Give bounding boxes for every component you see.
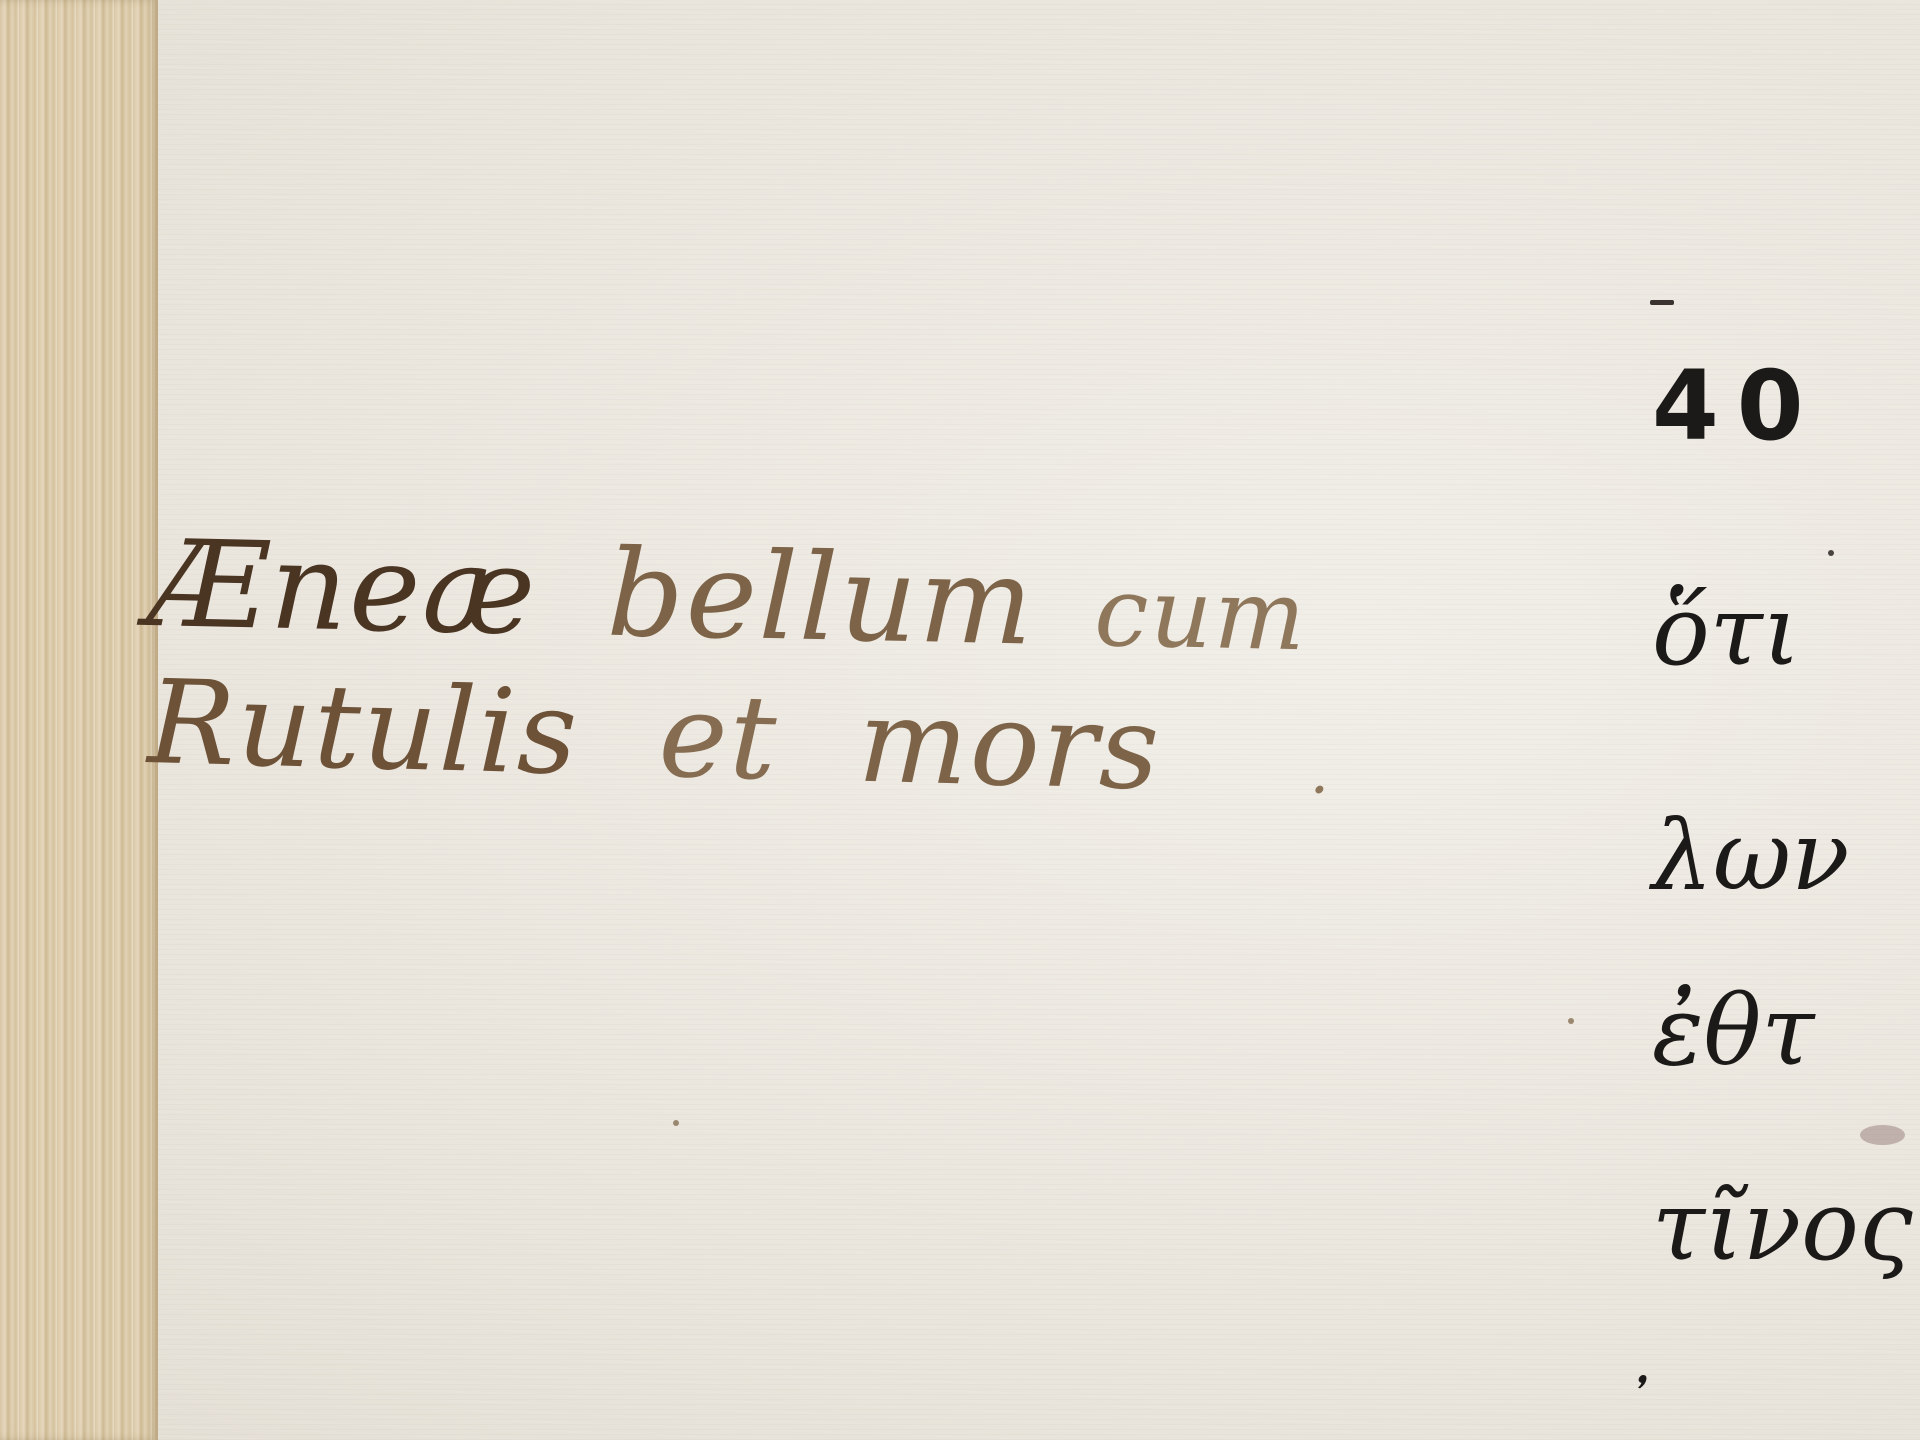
greek-line: λων (1652, 800, 1849, 912)
greek-line: ὅτι (1652, 575, 1801, 687)
annotation-word: cum (1093, 556, 1308, 672)
ink-speck (673, 1120, 679, 1126)
greek-line: ἐθτ (1652, 975, 1814, 1087)
annotation-word: Æneæ (147, 515, 539, 662)
page-edge (0, 0, 158, 1440)
annotation-word: Rutulis (146, 655, 580, 801)
marginal-annotation: Æneæbellumcum Rutulisetmors. (148, 525, 1332, 781)
annotation-line-1: Æneæbellumcum (147, 525, 1334, 670)
greek-text-column: 40 ὅτι λων ἐθτ τῖνος ̓ (1652, 350, 1822, 462)
manuscript-page: Æneæbellumcum Rutulisetmors. 40 ὅτι λων … (0, 0, 1920, 1440)
line-number: 40 (1652, 350, 1822, 462)
annotation-line-2: Rutulisetmors. (146, 665, 1333, 812)
annotation-word: et (657, 668, 780, 806)
annotation-word: mors (856, 674, 1162, 817)
ink-speck (1568, 1018, 1574, 1024)
annotation-word: bellum (606, 525, 1036, 673)
greek-line: τῖνος (1652, 1170, 1913, 1282)
annotation-word: . (1309, 737, 1332, 808)
ink-speck (1828, 550, 1834, 556)
ink-dash-mark (1650, 300, 1674, 305)
ink-stain (1860, 1125, 1905, 1145)
